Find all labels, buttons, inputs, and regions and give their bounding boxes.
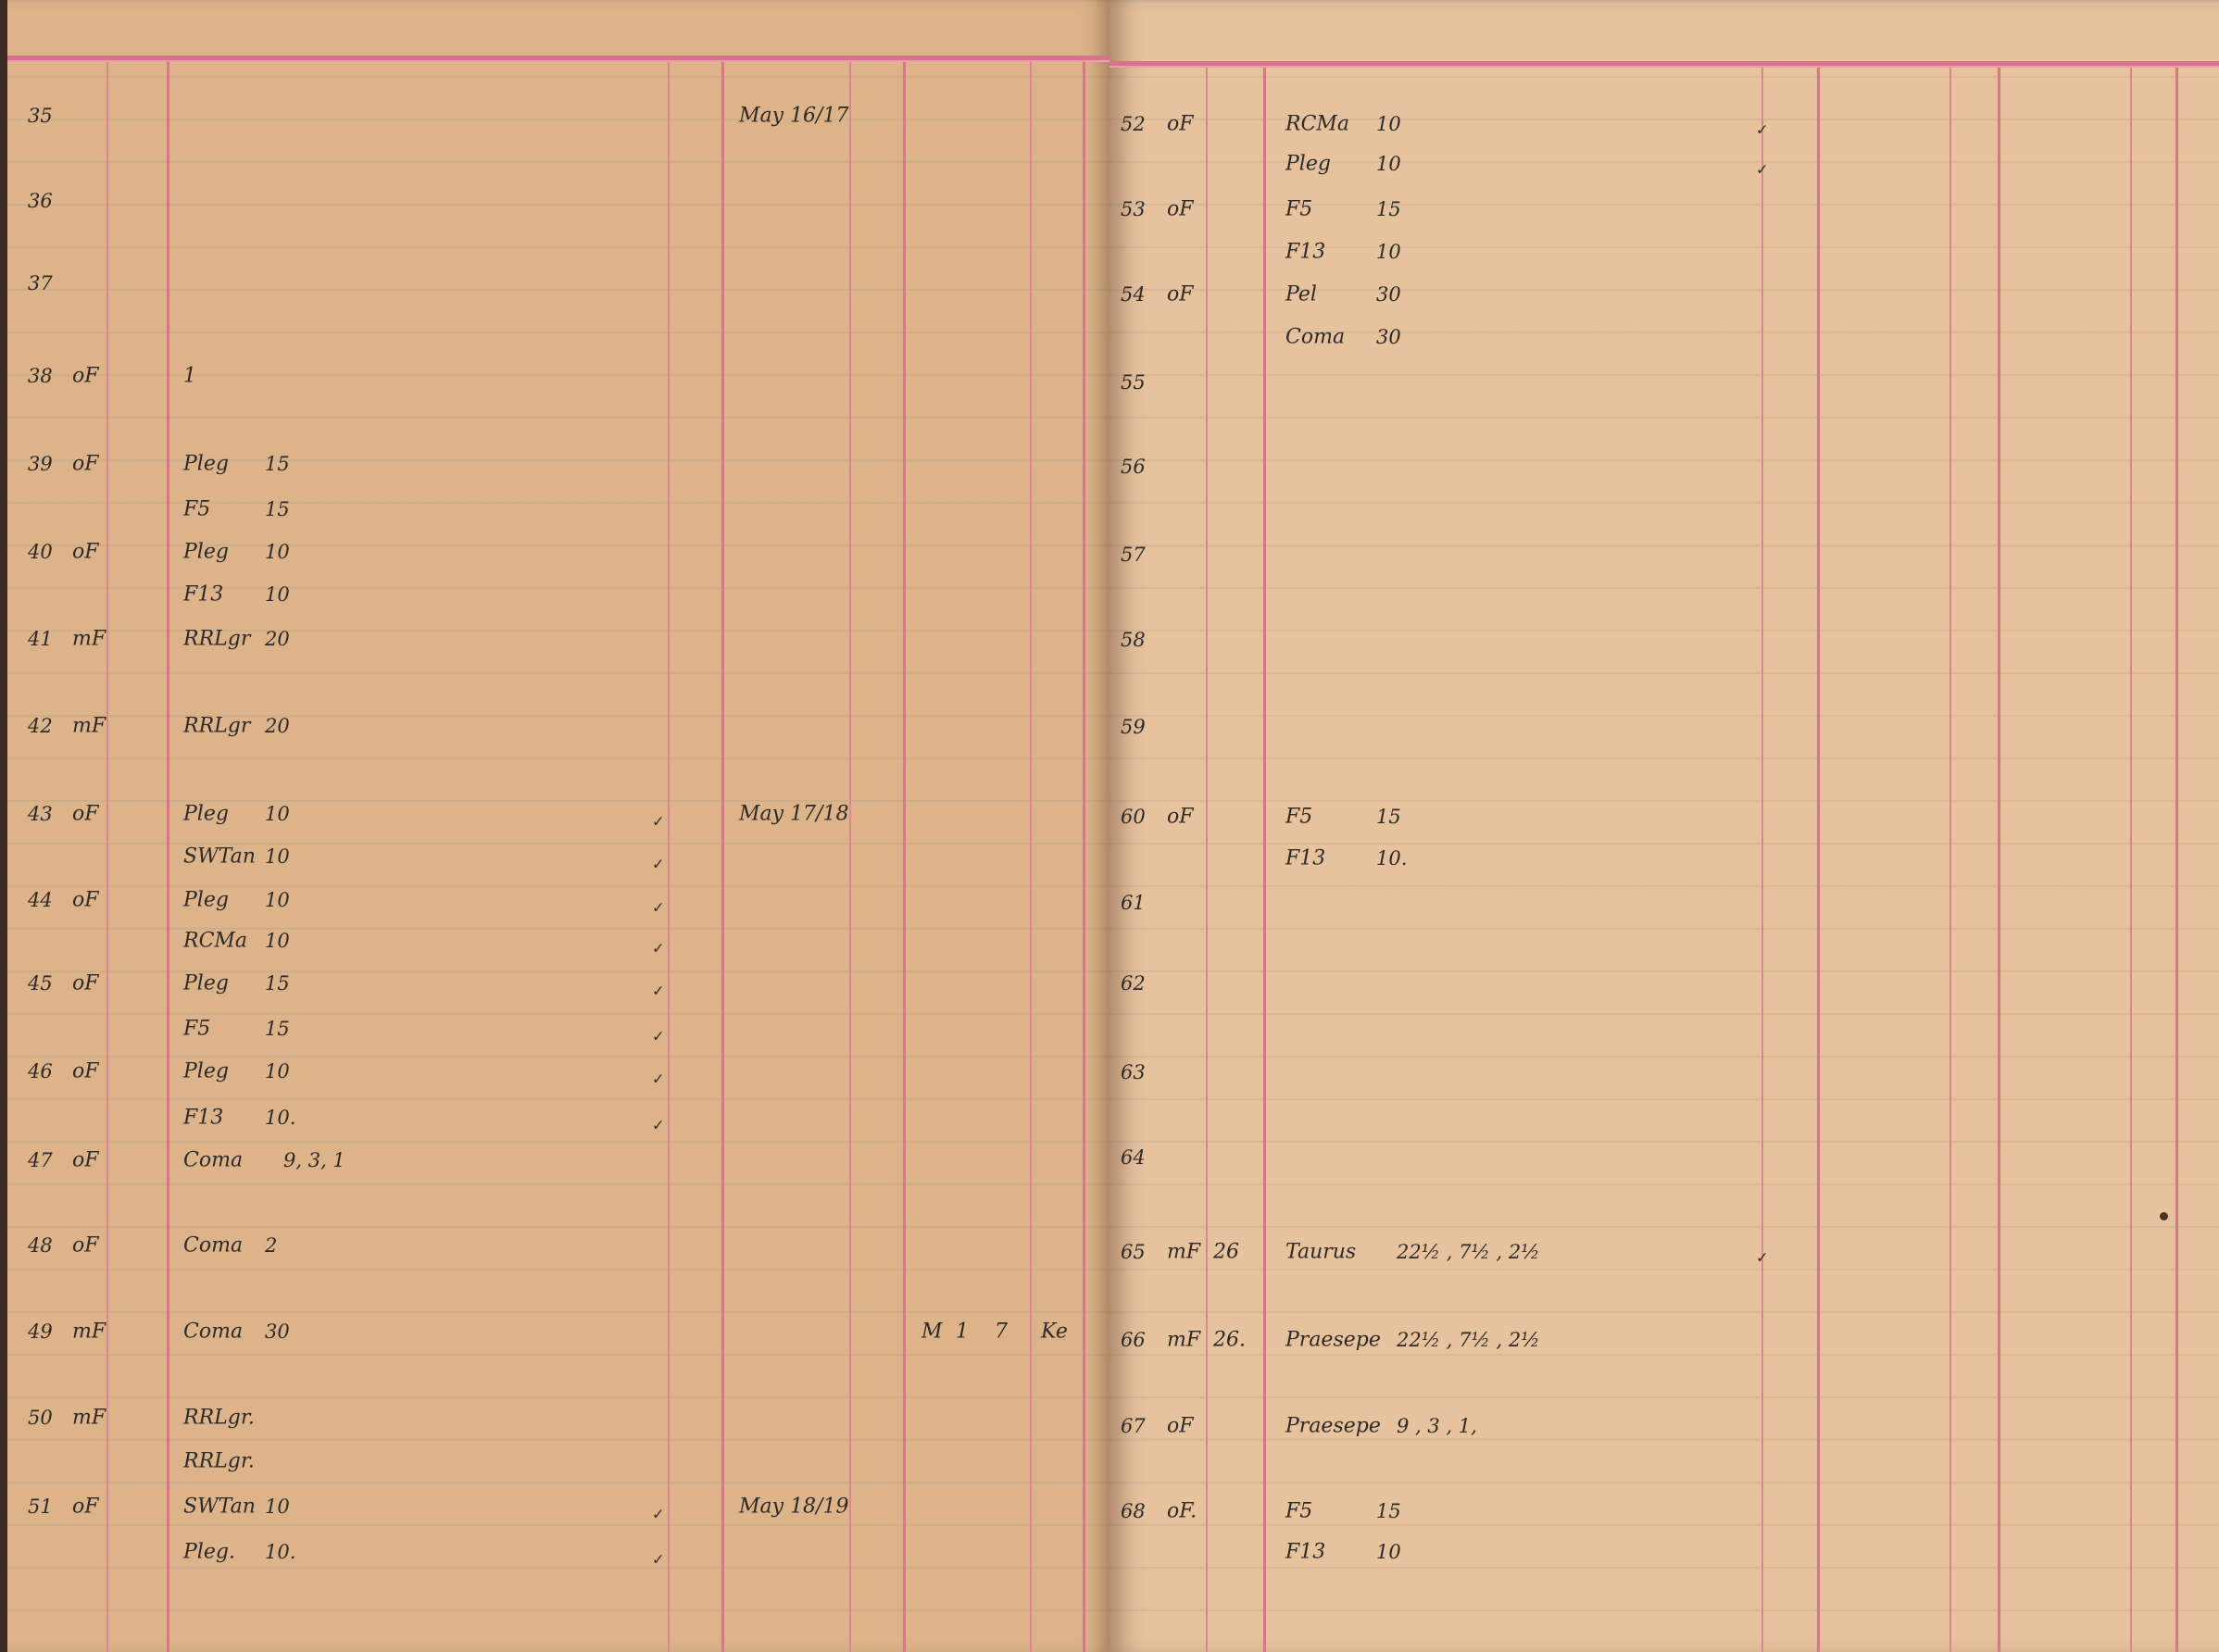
checkmark-icon: ✓ bbox=[652, 813, 664, 831]
exposure-value: 10 bbox=[265, 1496, 290, 1518]
object-name: F5 bbox=[1285, 198, 1312, 221]
filter-code: mF bbox=[72, 715, 106, 738]
object-name: Coma bbox=[183, 1234, 243, 1258]
exposure-value: 15 bbox=[265, 1018, 290, 1040]
object-name: SWTan bbox=[183, 1496, 256, 1519]
exposure-value: 10 bbox=[1376, 241, 1401, 263]
checkmark-icon: ✓ bbox=[652, 899, 664, 917]
filter-code: oF bbox=[1167, 283, 1194, 307]
column-rule bbox=[1998, 68, 2000, 1652]
checkmark-icon: ✓ bbox=[652, 1551, 664, 1569]
extra-value: 26 bbox=[1213, 1241, 1239, 1264]
exposure-value: 10 bbox=[265, 1060, 290, 1083]
checkmark-icon: ✓ bbox=[652, 940, 664, 957]
object-name: Praesepe bbox=[1285, 1415, 1381, 1438]
object-name: RRLgr. bbox=[183, 1407, 255, 1430]
checkmark-icon: ✓ bbox=[1756, 121, 1768, 139]
entry-number: 48 bbox=[28, 1234, 53, 1257]
entry-number: 36 bbox=[28, 190, 53, 212]
filter-code: oF bbox=[72, 1234, 99, 1258]
exposure-value: 22½ , 7½ , 2½ bbox=[1397, 1241, 1540, 1263]
entry-number: 37 bbox=[28, 272, 53, 294]
entry-number: 55 bbox=[1121, 371, 1146, 394]
column-rule bbox=[849, 62, 851, 1652]
checkmark-icon: ✓ bbox=[1756, 1249, 1768, 1267]
exposure-value: 22½ , 7½ , 2½ bbox=[1397, 1329, 1540, 1351]
object-name: F5 bbox=[183, 1018, 210, 1041]
object-name: F13 bbox=[1285, 241, 1325, 264]
exposure-value: 9 , 3 , 1, bbox=[1397, 1415, 1477, 1437]
entry-number: 44 bbox=[28, 889, 53, 911]
entry-number: 45 bbox=[28, 972, 53, 995]
checkmark-icon: ✓ bbox=[652, 1070, 664, 1088]
entry-number: 42 bbox=[28, 715, 53, 737]
entry-number: 60 bbox=[1121, 806, 1146, 828]
header-rule bbox=[1109, 61, 2219, 68]
exposure-value: 15 bbox=[265, 972, 290, 995]
exposure-value: 10 bbox=[1376, 113, 1401, 135]
exposure-value: 10 bbox=[265, 930, 290, 952]
object-name: Pleg bbox=[183, 541, 229, 564]
checkmark-icon: ✓ bbox=[652, 1506, 664, 1523]
column-rule bbox=[2130, 68, 2132, 1652]
object-name: RRLgr bbox=[183, 715, 250, 738]
checkmark-icon: ✓ bbox=[1756, 161, 1768, 179]
right-page: 52oFRCMa10✓Pleg10✓53oFF515F131054oFPel30… bbox=[1109, 0, 2219, 1652]
filter-code: oF bbox=[72, 1496, 99, 1519]
object-name: Pleg bbox=[183, 1060, 229, 1083]
column-rule bbox=[1083, 62, 1085, 1652]
column-rule bbox=[668, 62, 670, 1652]
checkmark-icon: ✓ bbox=[652, 1117, 664, 1134]
exposure-value: 30 bbox=[1376, 326, 1401, 348]
exposure-value: 15 bbox=[265, 498, 290, 520]
entry-number: 39 bbox=[28, 453, 53, 475]
exposure-value: 30 bbox=[265, 1320, 290, 1343]
object-name: Pleg bbox=[1285, 153, 1331, 176]
entry-number: 41 bbox=[28, 628, 53, 650]
column-rule bbox=[1761, 68, 1763, 1652]
column-rule bbox=[903, 62, 906, 1652]
column-rule bbox=[167, 62, 169, 1652]
object-name: SWTan bbox=[183, 845, 256, 869]
entry-number: 61 bbox=[1121, 892, 1146, 914]
object-name: RRLgr. bbox=[183, 1450, 255, 1473]
object-name: F5 bbox=[183, 498, 210, 521]
exposure-value: 15 bbox=[265, 453, 290, 475]
object-name: Pleg. bbox=[183, 1541, 235, 1564]
filter-code: oF bbox=[72, 365, 99, 388]
entry-number: 63 bbox=[1121, 1061, 1146, 1083]
entry-number: 59 bbox=[1121, 716, 1146, 738]
entry-number: 40 bbox=[28, 541, 53, 563]
filter-code: mF bbox=[72, 1407, 106, 1430]
exposure-value: 2 bbox=[265, 1234, 277, 1257]
ink-spot bbox=[2160, 1212, 2168, 1220]
filter-code: oF bbox=[72, 541, 99, 564]
column-rule bbox=[1263, 68, 1266, 1652]
entry-number: 47 bbox=[28, 1149, 53, 1171]
entry-number: 68 bbox=[1121, 1500, 1146, 1522]
filter-code: oF. bbox=[1167, 1500, 1197, 1523]
entry-number: 51 bbox=[28, 1496, 53, 1518]
exposure-value: 10 bbox=[265, 541, 290, 563]
object-name: RCMa bbox=[1285, 113, 1349, 136]
object-name: Pleg bbox=[183, 889, 229, 912]
left-page: 35May 16/17363738oF139oFPleg15F51540oFPl… bbox=[7, 0, 1109, 1652]
exposure-value: 10. bbox=[265, 1541, 295, 1563]
filter-code: oF bbox=[72, 889, 99, 912]
entry-number: 38 bbox=[28, 365, 53, 387]
exposure-value: 10 bbox=[1376, 153, 1401, 175]
object-name: Coma bbox=[183, 1149, 243, 1172]
object-name: 1 bbox=[183, 365, 196, 388]
entry-number: 64 bbox=[1121, 1146, 1146, 1169]
object-name: F13 bbox=[183, 583, 223, 607]
object-name: Coma bbox=[1285, 326, 1345, 349]
filter-code: oF bbox=[1167, 113, 1194, 136]
entry-number: 65 bbox=[1121, 1241, 1146, 1263]
object-name: F13 bbox=[1285, 1541, 1325, 1564]
object-name: Coma bbox=[183, 1320, 243, 1344]
exposure-value: 20 bbox=[265, 628, 290, 650]
filter-code: oF bbox=[72, 453, 99, 476]
exposure-value: 10 bbox=[265, 583, 290, 606]
entry-number: 43 bbox=[28, 803, 53, 825]
exposure-value: 9, 3, 1 bbox=[283, 1149, 345, 1171]
column-rule bbox=[1817, 68, 1820, 1652]
header-rule bbox=[7, 56, 1109, 62]
object-name: F13 bbox=[1285, 847, 1325, 870]
entry-number: 49 bbox=[28, 1320, 53, 1343]
filter-code: oF bbox=[72, 1060, 99, 1083]
extra-value: 26. bbox=[1213, 1329, 1246, 1352]
filter-code: oF bbox=[1167, 806, 1194, 829]
exposure-value: 15 bbox=[1376, 806, 1401, 828]
entry-number: 53 bbox=[1121, 198, 1146, 220]
filter-code: oF bbox=[1167, 1415, 1194, 1438]
exposure-value: 10 bbox=[265, 803, 290, 825]
exposure-value: 15 bbox=[1376, 1500, 1401, 1522]
column-rule bbox=[721, 62, 724, 1652]
exposure-value: 20 bbox=[265, 715, 290, 737]
checkmark-icon: ✓ bbox=[652, 856, 664, 873]
filter-code: mF bbox=[72, 1320, 106, 1344]
checkmark-icon: ✓ bbox=[652, 1028, 664, 1045]
filter-code: mF bbox=[1167, 1241, 1200, 1264]
object-name: RCMa bbox=[183, 930, 247, 953]
night-date: May 18/19 bbox=[739, 1496, 848, 1519]
filter-code: mF bbox=[72, 628, 106, 651]
entry-number: 35 bbox=[28, 105, 53, 127]
entry-number: 50 bbox=[28, 1407, 53, 1429]
exposure-value: 10 bbox=[1376, 1541, 1401, 1563]
filter-code: mF bbox=[1167, 1329, 1200, 1352]
exposure-value: 10. bbox=[1376, 847, 1407, 870]
entry-number: 57 bbox=[1121, 544, 1146, 566]
object-name: F5 bbox=[1285, 1500, 1312, 1523]
exposure-value: 10 bbox=[265, 845, 290, 868]
entry-number: 66 bbox=[1121, 1329, 1146, 1351]
column-rule bbox=[1030, 62, 1032, 1652]
margin-note: 7 bbox=[995, 1320, 1008, 1344]
exposure-value: 10 bbox=[265, 889, 290, 911]
filter-code: oF bbox=[1167, 198, 1194, 221]
object-name: Pleg bbox=[183, 803, 229, 826]
filter-code: oF bbox=[72, 1149, 99, 1172]
night-date: May 17/18 bbox=[739, 803, 848, 826]
object-name: Praesepe bbox=[1285, 1329, 1381, 1352]
entry-number: 56 bbox=[1121, 456, 1146, 478]
entry-number: 62 bbox=[1121, 972, 1146, 995]
exposure-value: 10. bbox=[265, 1107, 295, 1129]
night-date: May 16/17 bbox=[739, 105, 848, 128]
entry-number: 67 bbox=[1121, 1415, 1146, 1437]
object-name: Pel bbox=[1285, 283, 1317, 307]
column-rule bbox=[107, 62, 108, 1652]
margin-note: 1 bbox=[956, 1320, 969, 1344]
margin-note: M bbox=[921, 1320, 943, 1344]
entry-number: 54 bbox=[1121, 283, 1146, 306]
exposure-value: 15 bbox=[1376, 198, 1401, 220]
margin-note: Ke bbox=[1041, 1320, 1068, 1344]
filter-code: oF bbox=[72, 803, 99, 826]
checkmark-icon: ✓ bbox=[652, 982, 664, 1000]
object-name: F13 bbox=[183, 1107, 223, 1130]
exposure-value: 30 bbox=[1376, 283, 1401, 306]
entry-number: 46 bbox=[28, 1060, 53, 1083]
filter-code: oF bbox=[72, 972, 99, 995]
object-name: Taurus bbox=[1285, 1241, 1356, 1264]
entry-number: 52 bbox=[1121, 113, 1146, 135]
object-name: Pleg bbox=[183, 972, 229, 995]
entry-number: 58 bbox=[1121, 629, 1146, 651]
column-rule bbox=[1949, 68, 1951, 1652]
column-rule bbox=[1206, 68, 1208, 1652]
object-name: RRLgr bbox=[183, 628, 250, 651]
object-name: Pleg bbox=[183, 453, 229, 476]
object-name: F5 bbox=[1285, 806, 1312, 829]
column-rule bbox=[2175, 68, 2178, 1652]
